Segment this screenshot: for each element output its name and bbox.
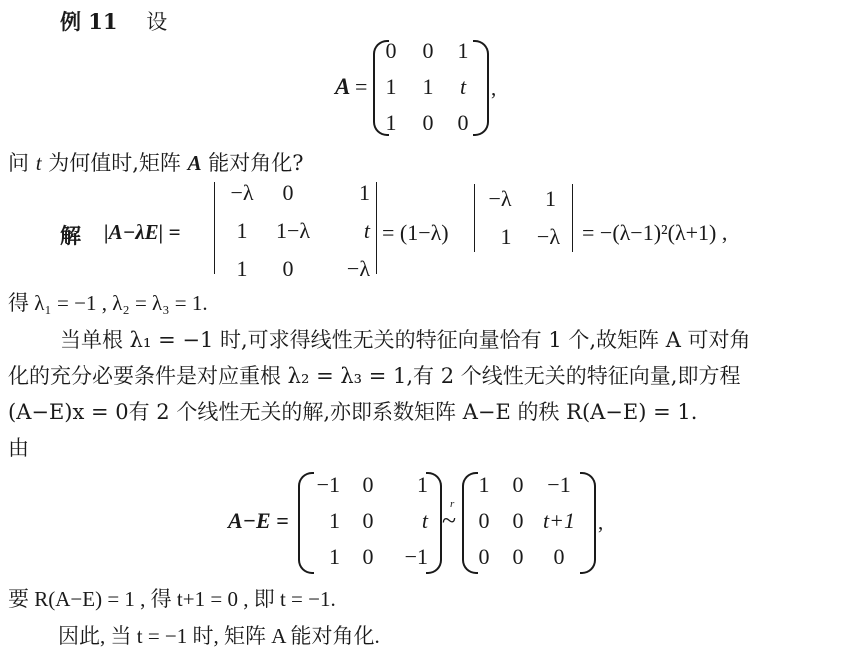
paragraph-line-3: (A−E)x = 0有 2 个线性无关的解,亦即系数矩阵 A−E 的秩 R(A−…	[8, 396, 697, 426]
det-cell: 0	[268, 180, 308, 206]
det-bar-left	[214, 182, 215, 274]
det-cell: −λ	[480, 186, 520, 212]
det-cell: 1−λ	[268, 218, 318, 244]
question-text: 问	[8, 151, 36, 175]
question-line: 问 t 为何值时,矩阵 A 能对角化?	[8, 147, 304, 177]
matrix-cell: 0	[371, 38, 411, 64]
matrix-cell: 0	[534, 544, 584, 570]
requirement-line: 要 R(A−E) = 1 , 得 t+1 = 0 , 即 t = −1.	[8, 583, 336, 613]
matrix-cell: 0	[408, 38, 448, 64]
row-op-label: r	[450, 498, 454, 510]
matrix-cell: 0	[348, 508, 388, 534]
row-equivalence-sign: ~	[442, 506, 456, 536]
equals-sign: =	[355, 74, 367, 100]
matrix-cell: t	[388, 508, 428, 534]
matrix-a-symbol: A	[188, 151, 202, 175]
det-cell: 1	[520, 186, 556, 212]
factor: = (1−λ)	[382, 220, 449, 246]
matrix-cell: t+1	[534, 508, 584, 534]
right-paren	[473, 40, 489, 136]
matrix-cell: −1	[388, 544, 428, 570]
det2-bar-right	[572, 184, 573, 252]
matrix-cell: 1	[306, 508, 340, 534]
matrix-cell: 1	[306, 544, 340, 570]
matrix-cell: 0	[498, 508, 538, 534]
paragraph-line-2: 化的充分必要条件是对应重根 λ₂ = λ₃ = 1,有 2 个线性无关的特征向量…	[8, 360, 740, 390]
example-label: 例 11	[60, 9, 118, 34]
matrix-a-symbol: A	[335, 74, 350, 100]
matrix-cell: 1	[371, 110, 411, 136]
det-cell: 0	[268, 256, 308, 282]
matrix-cell: 0	[348, 544, 388, 570]
matrix-cell: 1	[388, 472, 428, 498]
solution-block: 解 |A−λE| = −λ 0 1 1 1−λ t 1 0 −λ = (1−λ)…	[0, 180, 845, 280]
comma: ,	[598, 510, 603, 535]
det-cell: −λ	[222, 180, 262, 206]
matrix-cell: −1	[306, 472, 340, 498]
question-text: 能对角化?	[202, 151, 304, 175]
determinant-result: = −(λ−1)²(λ+1) ,	[582, 220, 727, 246]
matrix-cell: 1	[408, 74, 448, 100]
eigenvalues-line: 得 λ₁ = −1 , λ₂ = λ₃ = 1.	[8, 287, 208, 317]
comma: ,	[491, 76, 496, 101]
matrix-cell: 0	[348, 472, 388, 498]
det-bar-right	[376, 182, 377, 274]
determinant-lhs: |A−λE| =	[104, 220, 181, 245]
matrix-cell: 1	[371, 74, 411, 100]
matrix-cell: 0	[408, 110, 448, 136]
det-cell: 1	[222, 256, 262, 282]
right-paren	[580, 472, 596, 574]
matrix-ae-lhs: A−E =	[228, 508, 289, 534]
example-header: 例 11 设	[60, 6, 167, 36]
matrix-ae-block: A−E = −1 0 1 1 0 t 1 0 −1 ~ r 1 0 −1 0 0…	[228, 470, 648, 580]
det-cell: −λ	[520, 224, 560, 250]
det2-bar-left	[474, 184, 475, 252]
right-paren	[426, 472, 442, 574]
matrix-cell: 0	[498, 544, 538, 570]
det-cell: 1	[222, 218, 262, 244]
det-cell: 1	[330, 180, 370, 206]
det-cell: −λ	[330, 256, 370, 282]
matrix-cell: 0	[498, 472, 538, 498]
matrix-cell: −1	[534, 472, 584, 498]
by-label: 由	[8, 432, 29, 462]
example-intro: 设	[146, 10, 167, 34]
paragraph-line-1: 当单根 λ₁ = −1 时,可求得线性无关的特征向量恰有 1 个,故矩阵 A 可…	[60, 324, 751, 354]
matrix-a-block: A = 0 0 1 1 1 t 1 0 0 ,	[335, 38, 495, 138]
question-text: 为何值时,矩阵	[42, 151, 188, 175]
det-cell: t	[330, 218, 370, 244]
solution-label: 解	[60, 220, 81, 250]
conclusion-line: 因此, 当 t = −1 时, 矩阵 A 能对角化.	[58, 620, 380, 650]
